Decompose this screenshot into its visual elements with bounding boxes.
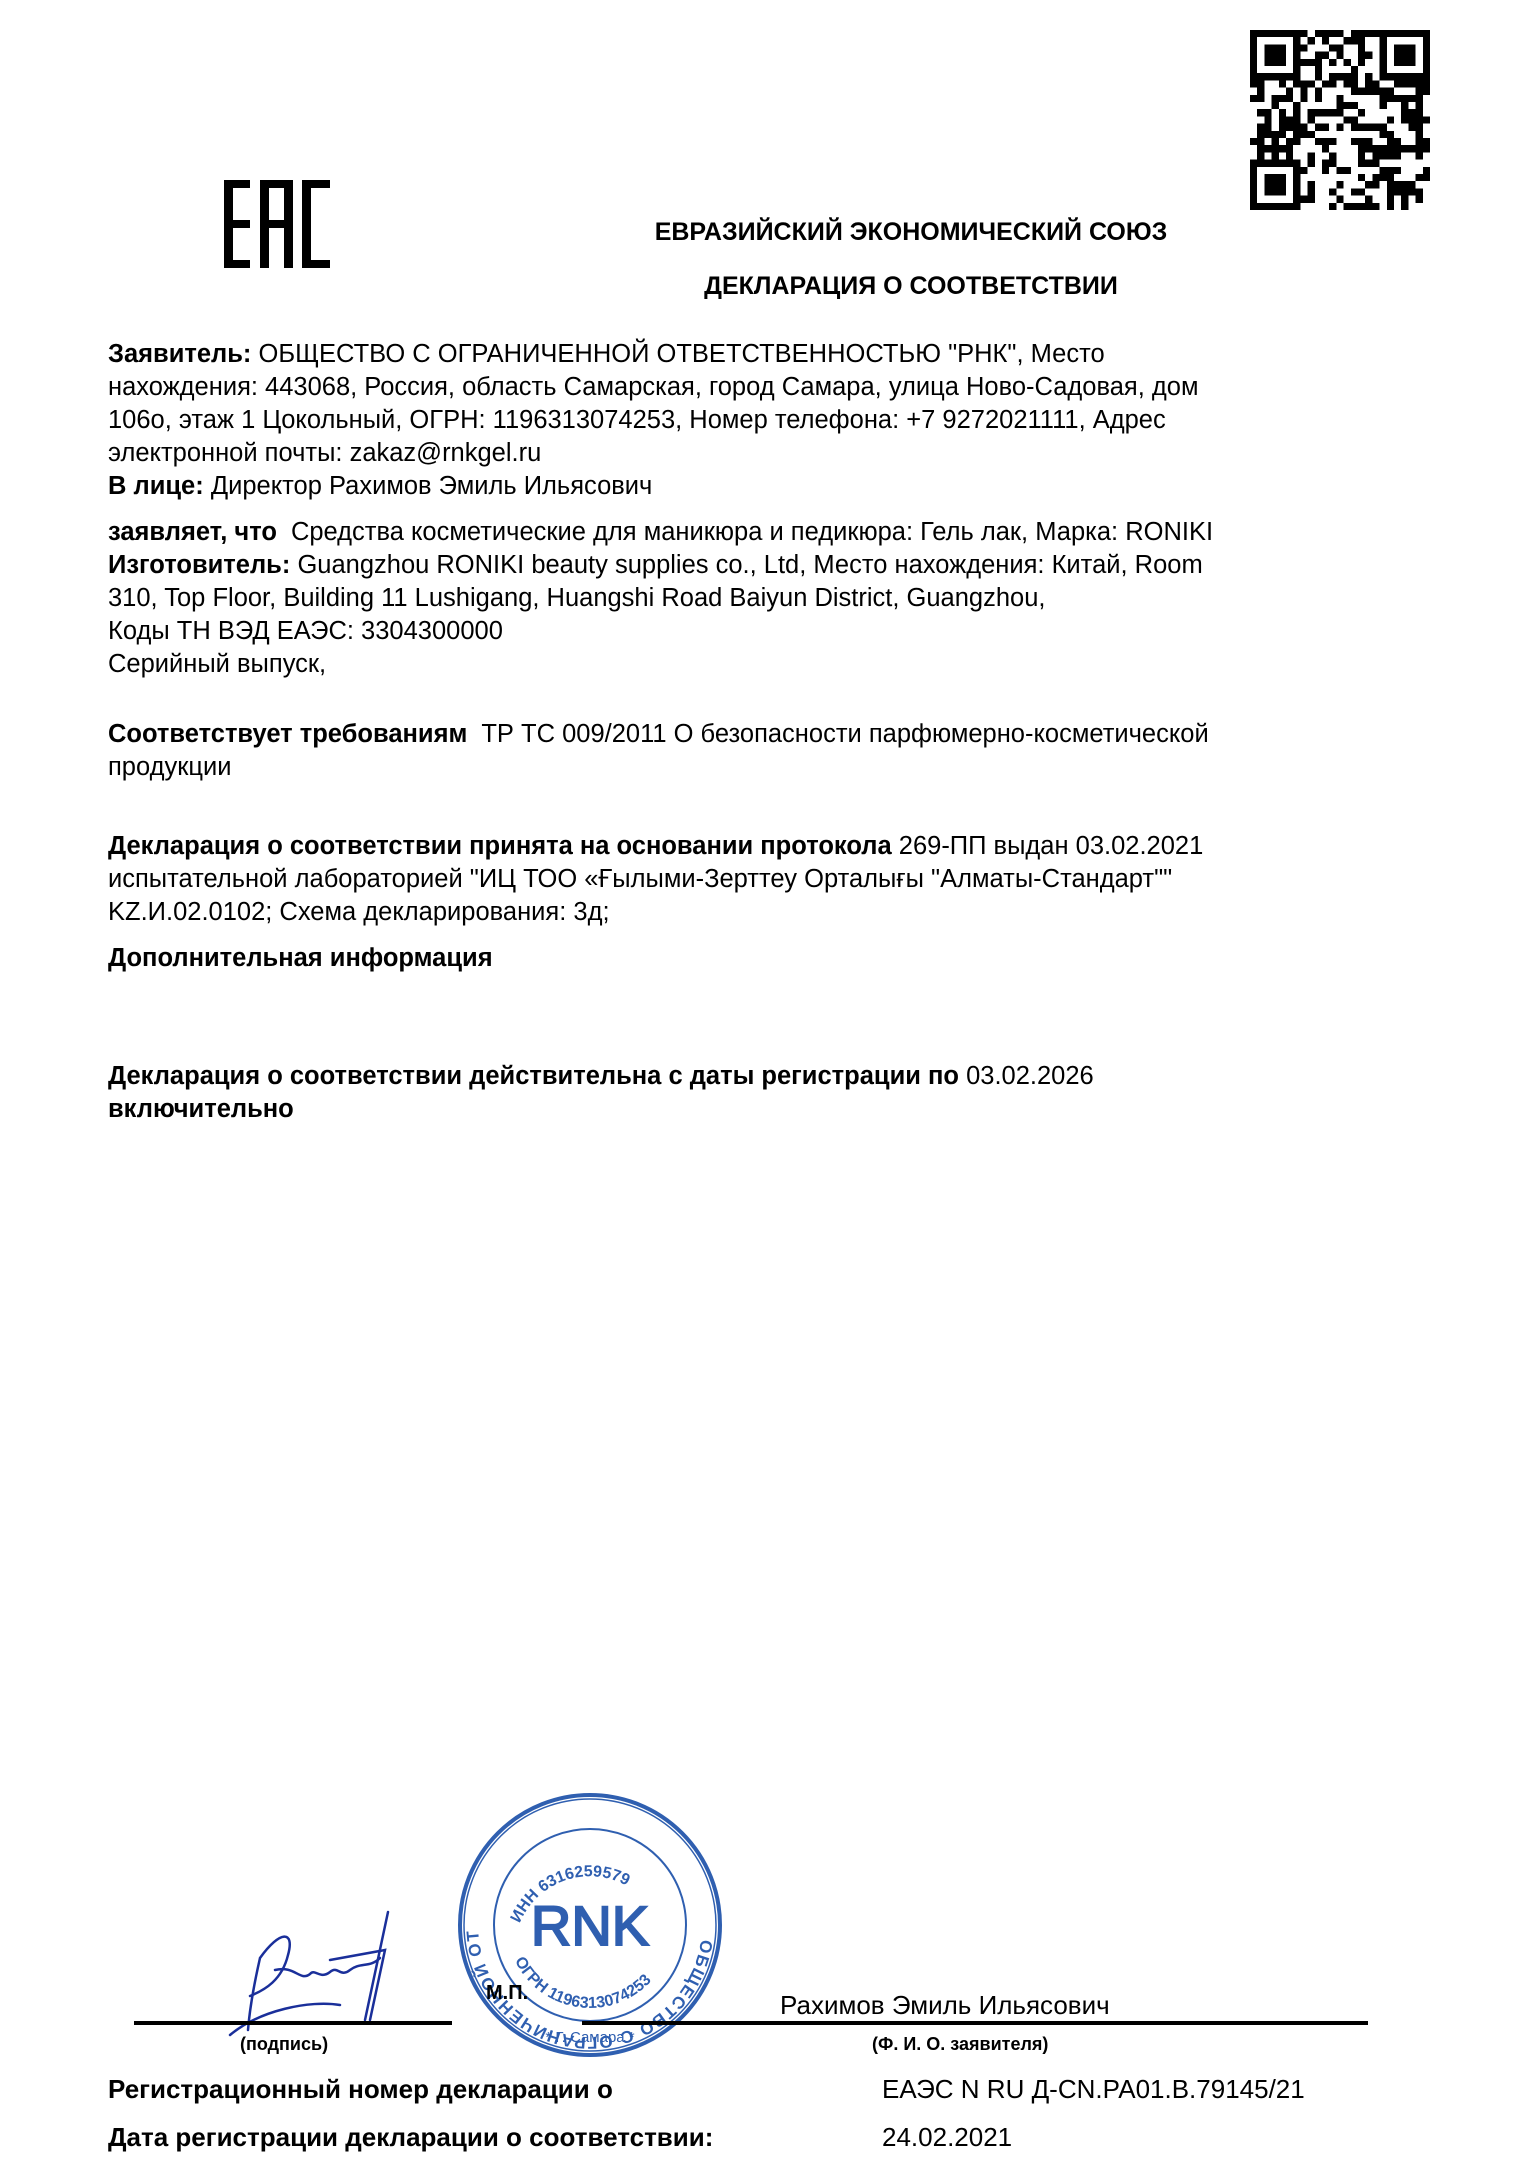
registration-date-label: Дата регистрации декларации о соответств…	[108, 2122, 713, 2153]
applicant-section: Заявитель: ОБЩЕСТВО С ОГРАНИЧЕННОЙ ОТВЕТ…	[108, 338, 1418, 503]
manufacturer-line: 310, Top Floor, Building 11 Lushigang, H…	[108, 582, 1418, 615]
signature-line	[134, 2021, 452, 2025]
applicant-line: 106о, этаж 1 Цокольный, ОГРН: 1196313074…	[108, 404, 1418, 437]
company-stamp: ОБЩЕСТВО С ОГРАНИЧЕННОЙ ОТВЕТСТВЕННОСТЬЮ…	[455, 1790, 725, 2060]
signatory-name: Рахимов Эмиль Ильясович	[780, 1990, 1110, 2021]
registration-number-label: Регистрационный номер декларации о	[108, 2074, 613, 2105]
name-line	[582, 2021, 1368, 2025]
applicant-label: Заявитель:	[108, 340, 251, 368]
protocol-value: 269-ПП выдан 03.02.2021	[892, 832, 1204, 860]
protocol-line: KZ.И.02.0102; Схема декларирования: 3д;	[108, 896, 1418, 929]
signature-caption: (подпись)	[240, 2034, 328, 2055]
stamp-city-text: * Г. Самара *	[545, 2029, 634, 2046]
compliance-section: Соответствует требованиямТР ТС 009/2011 …	[108, 718, 1418, 784]
additional-info-label: Дополнительная информация	[108, 942, 1418, 975]
applicant-email: электронной почты: zakaz@rnkgel.ru	[108, 437, 1418, 470]
product-description: Средства косметические для маникюра и пе…	[291, 518, 1213, 546]
validity-section: Декларация о соответствии действительна …	[108, 1060, 1418, 1126]
compliance-value: ТР ТС 009/2011 О безопасности парфюмерно…	[481, 720, 1208, 748]
svg-text:ОГРН 1196313074253: ОГРН 1196313074253	[511, 1954, 654, 2012]
representative-value: Директор Рахимов Эмиль Ильясович	[204, 472, 653, 500]
production-type: Серийный выпуск,	[108, 648, 1418, 681]
compliance-value: продукции	[108, 751, 1418, 784]
validity-inclusive: включительно	[108, 1093, 1418, 1126]
union-title: ЕВРАЗИЙСКИЙ ЭКОНОМИЧЕСКИЙ СОЮЗ	[150, 218, 1522, 247]
compliance-label: Соответствует требованиям	[108, 720, 467, 748]
validity-date: 03.02.2026	[959, 1062, 1094, 1090]
stamp-logo-text: RNK	[531, 1894, 649, 1957]
applicant-line: ОБЩЕСТВО С ОГРАНИЧЕННОЙ ОТВЕТСТВЕННОСТЬЮ…	[251, 340, 1104, 368]
document-title: ДЕКЛАРАЦИЯ О СООТВЕТСТВИИ	[150, 272, 1522, 301]
protocol-section: Декларация о соответствии принята на осн…	[108, 830, 1418, 929]
manufacturer-label: Изготовитель:	[108, 551, 290, 579]
protocol-label: Декларация о соответствии принята на осн…	[108, 832, 892, 860]
manufacturer-line: Guangzhou RONIKI beauty supplies co., Lt…	[290, 551, 1202, 579]
registration-date: 24.02.2021	[882, 2122, 1012, 2153]
qr-code	[1250, 30, 1430, 210]
hs-codes: Коды ТН ВЭД ЕАЭС: 3304300000	[108, 615, 1418, 648]
representative-label: В лице:	[108, 472, 204, 500]
name-caption: (Ф. И. О. заявителя)	[872, 2034, 1048, 2055]
product-section: заявляет, чтоСредства косметические для …	[108, 516, 1418, 681]
protocol-line: испытательной лабораторией "ИЦ ТОО «Ғылы…	[108, 863, 1418, 896]
seal-place-label: М.П.	[486, 1982, 528, 2005]
declares-label: заявляет, что	[108, 518, 277, 546]
stamp-ogrn-text: ОГРН 1196313074253	[511, 1954, 654, 2012]
applicant-line: нахождения: 443068, Россия, область Сама…	[108, 371, 1418, 404]
registration-number: ЕАЭС N RU Д-CN.РА01.В.79145/21	[882, 2074, 1305, 2105]
validity-label: Декларация о соответствии действительна …	[108, 1062, 959, 1090]
